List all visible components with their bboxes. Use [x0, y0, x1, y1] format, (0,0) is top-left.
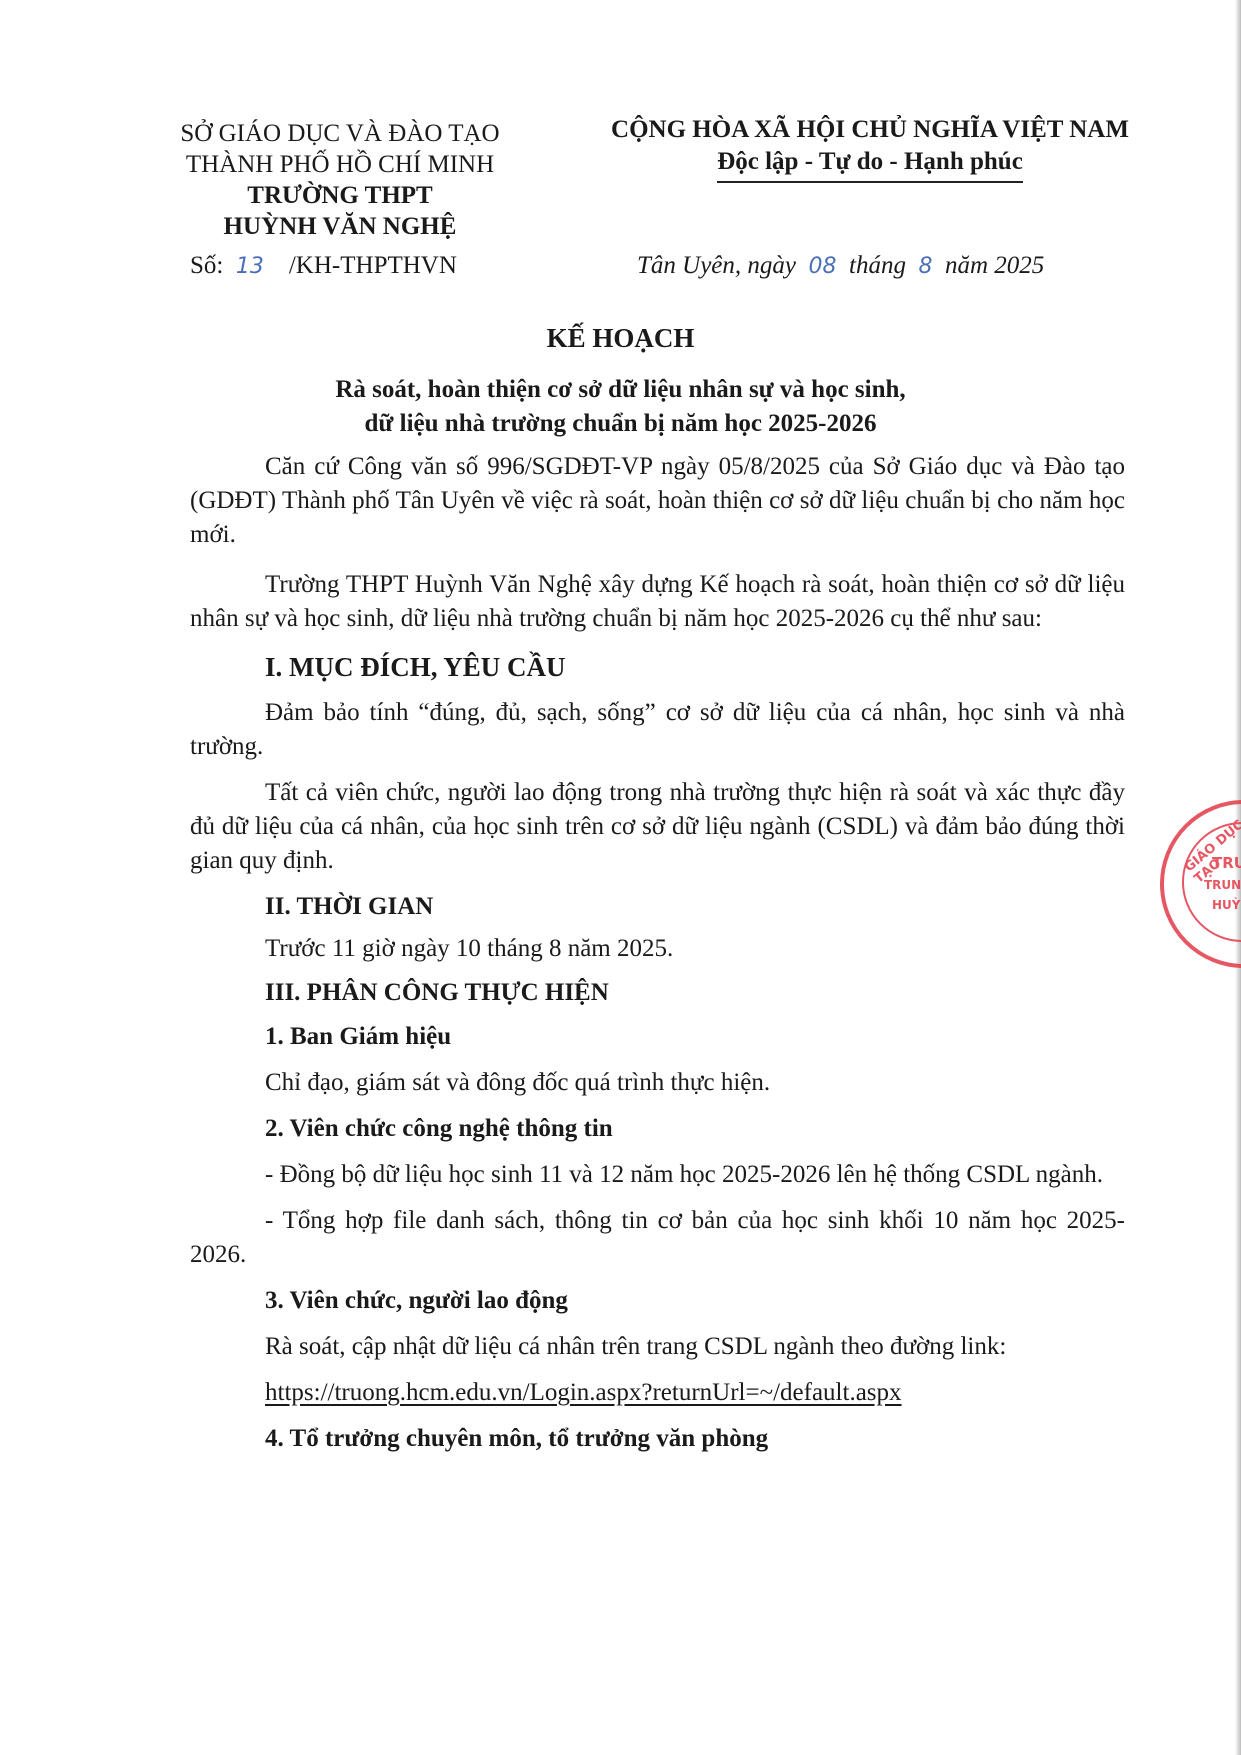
school-line-1: TRƯỜNG THPT — [150, 180, 530, 211]
month-label: tháng — [849, 252, 906, 279]
document-number: Số: 13 /KH-THPTHVN — [190, 252, 457, 280]
document-body: Căn cứ Công văn số 996/SGDĐT-VP ngày 05/… — [190, 450, 1125, 1456]
stamp-center-1: TRƯ — [1212, 854, 1241, 872]
national-header: CỘNG HÒA XÃ HỘI CHỦ NGHĨA VIỆT NAM Độc l… — [585, 114, 1155, 183]
national-title: CỘNG HÒA XÃ HỘI CHỦ NGHĨA VIỆT NAM — [585, 114, 1155, 146]
paragraph-it-staff-1: - Đồng bộ dữ liệu học sinh 11 và 12 năm … — [190, 1158, 1125, 1192]
subtitle-line-1: Rà soát, hoàn thiện cơ sở dữ liệu nhân s… — [0, 373, 1241, 407]
stamp-center-3: HUỲN — [1212, 898, 1241, 912]
paragraph-legal-basis: Căn cứ Công văn số 996/SGDĐT-VP ngày 05/… — [190, 450, 1125, 552]
date-place: Tân Uyên, ngày — [637, 252, 796, 279]
subsection-heading-board: 1. Ban Giám hiệu — [190, 1020, 1125, 1054]
subtitle-line-2: dữ liệu nhà trường chuẩn bị năm học 2025… — [0, 407, 1241, 441]
subsection-heading-it-staff: 2. Viên chức công nghệ thông tin — [190, 1112, 1125, 1146]
number-label: Số: — [190, 252, 223, 279]
year-label: năm 2025 — [945, 252, 1044, 279]
agency-line-1: SỞ GIÁO DỤC VÀ ĐÀO TẠO — [150, 118, 530, 149]
document-title: KẾ HOẠCH — [0, 323, 1241, 354]
handwritten-number: 13 — [236, 254, 264, 279]
official-seal-stamp: GIÁO DỤC VÀ ĐÀO TẠO TRƯ TRUNG HỌ HUỲN — [1160, 800, 1241, 968]
agency-line-2: THÀNH PHỐ HỒ CHÍ MINH — [150, 149, 530, 180]
stamp-center-2: TRUNG HỌ — [1204, 878, 1241, 892]
document-page: SỞ GIÁO DỤC VÀ ĐÀO TẠO THÀNH PHỐ HỒ CHÍ … — [0, 0, 1241, 1755]
section-heading-assignment: III. PHÂN CÔNG THỰC HIỆN — [190, 976, 1125, 1010]
paragraph-deadline: Trước 11 giờ ngày 10 tháng 8 năm 2025. — [190, 932, 1125, 966]
number-suffix: /KH-THPTHVN — [289, 252, 457, 279]
document-subtitle: Rà soát, hoàn thiện cơ sở dữ liệu nhân s… — [0, 373, 1241, 441]
handwritten-month: 8 — [918, 254, 932, 279]
paragraph-it-staff-2: - Tổng hợp file danh sách, thông tin cơ … — [190, 1204, 1125, 1272]
national-motto: Độc lập - Tự do - Hạnh phúc — [717, 146, 1023, 183]
subsection-heading-staff: 3. Viên chức, người lao động — [190, 1284, 1125, 1318]
csdl-login-link[interactable]: https://truong.hcm.edu.vn/Login.aspx?ret… — [265, 1379, 902, 1406]
section-heading-time: II. THỜI GIAN — [190, 890, 1125, 924]
issuing-agency-header: SỞ GIÁO DỤC VÀ ĐÀO TẠO THÀNH PHỐ HỒ CHÍ … — [150, 118, 530, 242]
school-line-2: HUỲNH VĂN NGHỆ — [150, 211, 530, 242]
section-heading-purpose: I. MỤC ĐÍCH, YÊU CẦU — [190, 650, 1125, 684]
paragraph-board: Chỉ đạo, giám sát và đông đốc quá trình … — [190, 1066, 1125, 1100]
paragraph-purpose-2: Tất cả viên chức, người lao động trong n… — [190, 776, 1125, 878]
paragraph-staff: Rà soát, cập nhật dữ liệu cá nhân trên t… — [190, 1330, 1125, 1364]
paragraph-intro: Trường THPT Huỳnh Văn Nghệ xây dựng Kế h… — [190, 568, 1125, 636]
subsection-heading-team-leaders: 4. Tổ trưởng chuyên môn, tổ trưởng văn p… — [190, 1422, 1125, 1456]
paragraph-purpose-1: Đảm bảo tính “đúng, đủ, sạch, sống” cơ s… — [190, 696, 1125, 764]
handwritten-day: 08 — [809, 254, 837, 279]
issue-date: Tân Uyên, ngày 08 tháng 8 năm 2025 — [637, 252, 1044, 280]
